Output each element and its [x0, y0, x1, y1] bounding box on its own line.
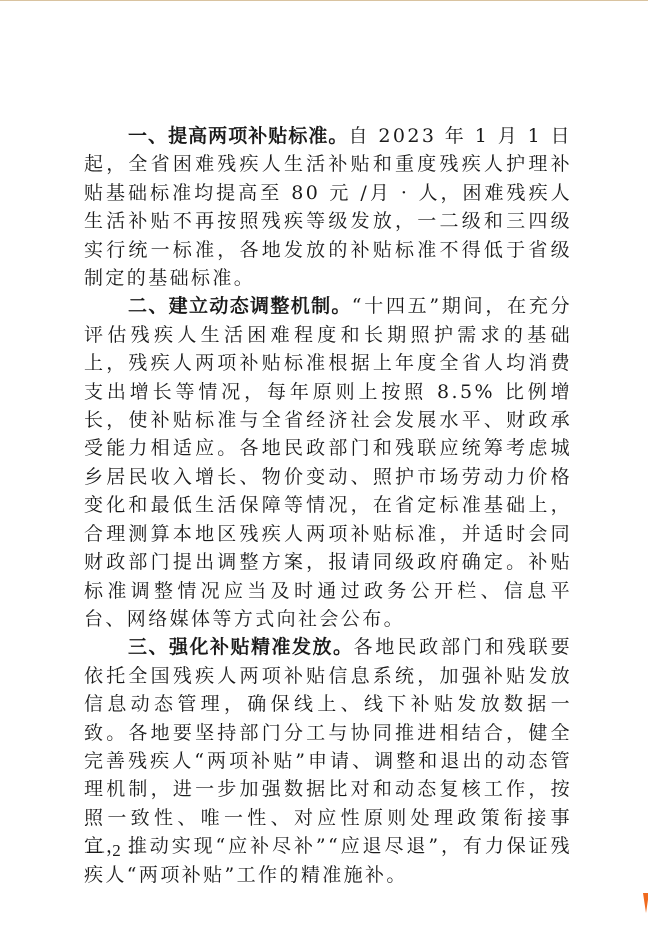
- page-top-edge: [0, 0, 648, 1]
- paragraph-dynamic-adjustment: 二、建立动态调整机制。“十四五”期间，在充分评估残疾人生活困难程度和长期照护需求…: [84, 292, 572, 633]
- paragraph-heading: 三、强化补贴精准发放。: [128, 636, 353, 658]
- paragraph-raise-standards: 一、提高两项补贴标准。自 2023 年 1 月 1 日起，全省困难残疾人生活补贴…: [84, 122, 572, 292]
- paragraph-heading: 一、提高两项补贴标准。: [128, 125, 348, 147]
- page-number: — 2 —: [87, 841, 148, 861]
- paragraph-heading: 二、建立动态调整机制。: [128, 295, 352, 317]
- paragraph-text: 各地民政部门和残联要依托全国残疾人两项补贴信息系统，加强补贴发放信息动态管理，确…: [84, 636, 572, 885]
- document-body: 一、提高两项补贴标准。自 2023 年 1 月 1 日起，全省困难残疾人生活补贴…: [84, 122, 572, 889]
- paragraph-text: “十四五”期间，在充分评估残疾人生活困难程度和长期照护需求的基础上，残疾人两项补…: [84, 295, 572, 629]
- paragraph-text: 自 2023 年 1 月 1 日起，全省困难残疾人生活补贴和重度残疾人护理补贴基…: [84, 125, 572, 289]
- corner-mark-icon: [643, 893, 648, 913]
- paragraph-precise-distribution: 三、强化补贴精准发放。各地民政部门和残联要依托全国残疾人两项补贴信息系统，加强补…: [84, 633, 572, 889]
